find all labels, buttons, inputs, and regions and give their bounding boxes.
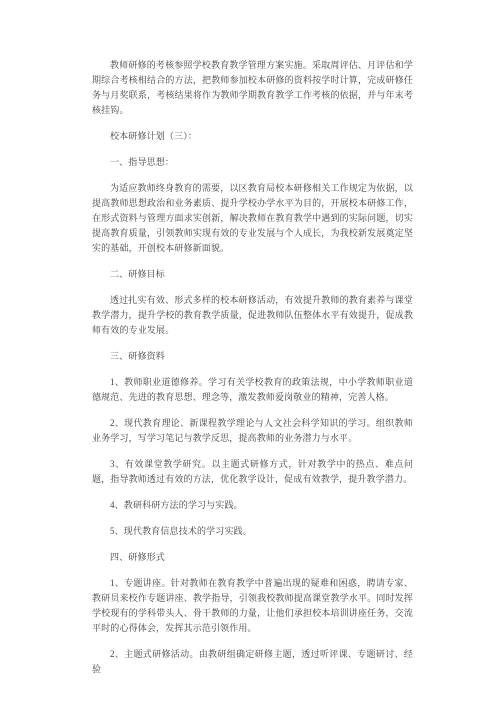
list-item-1-special-lectures: 1、专题讲座。针对教师在教育教学中普遍出现的疑难和困惑，聘请专家、教研员来校作专…	[92, 576, 413, 636]
list-item-3-classroom-research: 3、有效课堂教学研究。以主题式研修方式，针对教学中的热点、难点问题，指导教师透过…	[92, 457, 413, 487]
heading-research-forms: 四、研修形式	[92, 550, 413, 565]
heading-research-materials: 三、研修资料	[92, 349, 413, 364]
list-item-4-research-methods: 4、教研科研方法的学习与实践。	[92, 498, 413, 513]
paragraph-research-goals: 透过扎实有效、形式多样的校本研修活动，有效提升教师的教育素养与课堂教学潜力，提升…	[92, 293, 413, 338]
list-item-1-ethics: 1、教师职业道德修养。学习有关学校教育的政策法规，中小学教师职业道德规范、先进的…	[92, 375, 413, 405]
list-item-2-themed-activities: 2、主题式研修活动。由教研组确定研修主题，透过听评课、专题研讨、经验	[92, 647, 413, 677]
heading-guiding-ideology: 一、指导思想：	[92, 155, 413, 170]
paragraph-assessment-method: 教师研修的考核参照学校教育教学管理方案实施。采取周评估、月评估和学期综合考核相结…	[92, 58, 413, 118]
document-page: 教师研修的考核参照学校教育教学管理方案实施。采取周评估、月评估和学期综合考核相结…	[0, 0, 500, 707]
list-item-5-information-technology: 5、现代教育信息技术的学习实践。	[92, 524, 413, 539]
paragraph-guiding-ideology: 为适应教师终身教育的需要，以区教育局校本研修相关工作规定为依据，以提高教师思想政…	[92, 181, 413, 256]
heading-research-goals: 二、研修目标	[92, 267, 413, 282]
list-item-2-modern-theory: 2、现代教育理论、新课程教学理论与人文社会科学知识的学习。组织教师业务学习，写学…	[92, 416, 413, 446]
document-title: 校本研修计划（三）：	[92, 129, 413, 144]
